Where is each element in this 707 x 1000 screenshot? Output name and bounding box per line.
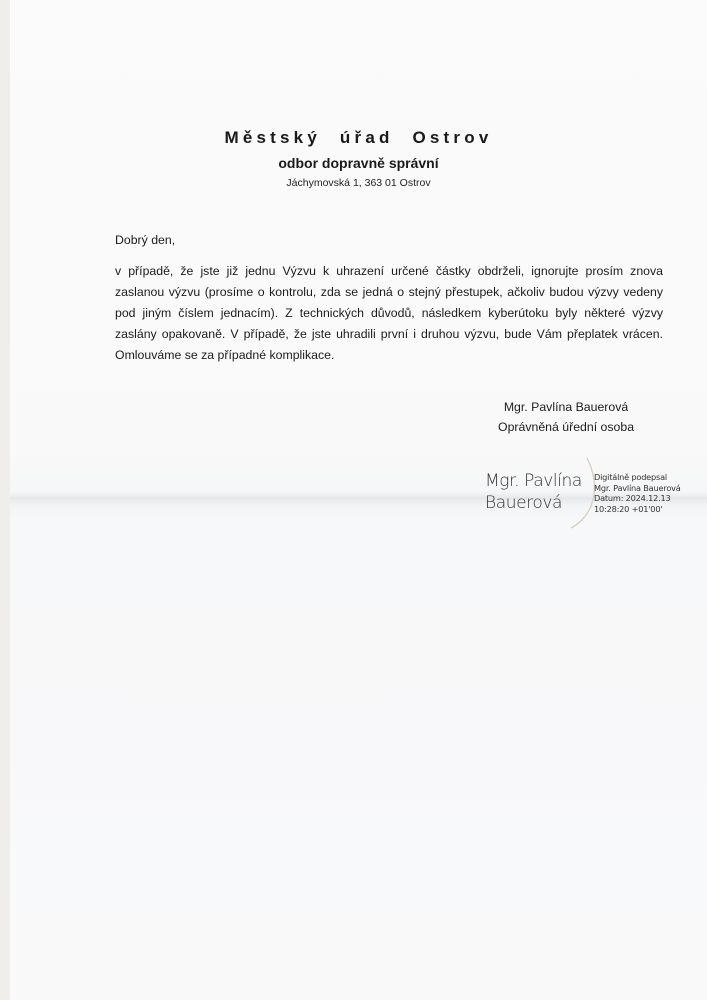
signature-time: 10:28:20 +01'00' bbox=[594, 504, 681, 515]
greeting: Dobrý den, bbox=[115, 233, 175, 247]
signature-label: Digitálně podepsal bbox=[594, 472, 681, 483]
signature-signer: Mgr. Pavlína Bauerová bbox=[594, 483, 681, 494]
signatory-block: Mgr. Pavlína Bauerová Oprávněná úřední o… bbox=[498, 397, 634, 437]
digital-signature-stamp: Mgr. Pavlína Bauerová Digitálně podepsal… bbox=[485, 470, 700, 530]
office-address: Jáchymovská 1, 363 01 Ostrov bbox=[10, 177, 707, 189]
digital-signature-name: Mgr. Pavlína Bauerová bbox=[485, 470, 582, 514]
office-title: Městský úřad Ostrov bbox=[10, 128, 707, 148]
letter-body: v případě, že jste již jednu Výzvu k uhr… bbox=[115, 261, 663, 366]
letter-page: Městský úřad Ostrov odbor dopravně správ… bbox=[10, 0, 707, 1000]
department-name: odbor dopravně správní bbox=[10, 155, 707, 171]
signatory-role: Oprávněná úřední osoba bbox=[498, 417, 634, 437]
signature-date: Datum: 2024.12.13 bbox=[594, 493, 681, 504]
signatory-name: Mgr. Pavlína Bauerová bbox=[498, 397, 634, 417]
digital-signature-details: Digitálně podepsal Mgr. Pavlína Bauerová… bbox=[594, 472, 681, 514]
